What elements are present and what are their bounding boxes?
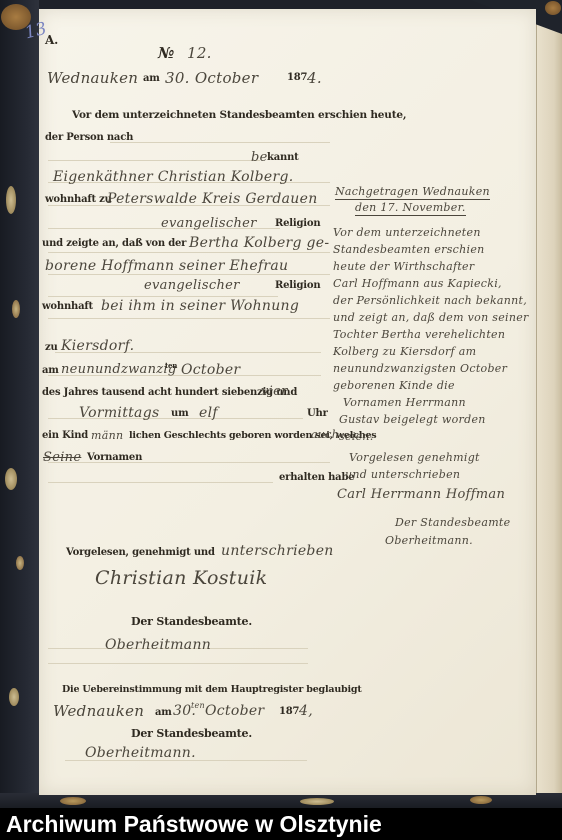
hw-declarant-name: Eigenkäthner Christian Kolberg. (53, 169, 294, 185)
printed-wohnhaft: wohnhaft (42, 301, 93, 312)
margin-note-line: geborenen Kinde die (333, 379, 455, 392)
hw-cert-place: Wednauken (53, 702, 144, 720)
printed-erhalten-habe: erhalten habe (279, 472, 354, 483)
printed-ein-kind: ein Kind (42, 430, 88, 441)
ruled-line (48, 274, 330, 275)
worn-spot (470, 796, 492, 804)
printed-year-187: 187 (287, 72, 307, 83)
printed-am: am (143, 73, 160, 84)
date-place-handwritten: Wednauken (47, 69, 138, 87)
margin-note-line: Tochter Bertha verehelichten (333, 328, 505, 341)
margin-note-line: und zeigt an, daß dem von seiner (333, 311, 529, 324)
ruled-line (48, 296, 278, 297)
printed-wohnhaft-zu: wohnhaft zu (45, 194, 112, 205)
printed-am-birth: am (42, 365, 59, 376)
printed-religion-1: Religion (275, 218, 320, 229)
printed-religion-2: Religion (275, 280, 320, 291)
record-number-label: № (158, 44, 174, 62)
hw-cert-ten-sup: ten (191, 701, 205, 710)
form-letter-a: A. (45, 33, 58, 47)
hw-religion-1: evangelischer (161, 216, 257, 231)
hw-residence: Peterswalde Kreis Gerdauen (107, 191, 318, 207)
underlying-page-edge (536, 8, 562, 798)
margin-note-heading: Nachgetragen Wednauken (335, 185, 490, 200)
worn-spot (5, 468, 17, 490)
hw-birthplace: Kiersdorf. (61, 338, 134, 354)
ruled-line (48, 160, 260, 161)
margin-note-line: Vor dem unterzeichneten (333, 226, 481, 239)
printed-der-person-nach: der Person nach (45, 132, 133, 143)
printed-kannt: kannt (267, 152, 299, 163)
margin-note-line: Kolberg zu Kiersdorf am (333, 345, 476, 358)
hw-time-of-day: Vormittags (79, 405, 159, 421)
hw-year-word: vier. (261, 384, 291, 399)
printed-year-line: des Jahres tausend acht hundert siebenzi… (42, 387, 297, 398)
margin-note-line: neunundzwanzigsten October (333, 362, 507, 375)
hw-be: be (251, 150, 268, 165)
printed-vornamen: Vornamen (87, 452, 142, 463)
printed-standesbeamte-2: Der Standesbeamte. (131, 727, 252, 740)
margin-note-line: Vornamen Herrmann (343, 396, 466, 409)
worn-spot (12, 300, 20, 318)
hw-child-sex: männ (91, 429, 123, 442)
margin-note-line: Standesbeamten erschien (333, 243, 485, 256)
printed-uhr: Uhr (307, 408, 328, 419)
scanned-register-page: 13 A. № 12. Wednauken am 30. October 187… (0, 0, 562, 840)
margin-note-line: seien. (339, 430, 374, 443)
hw-mother-name: Bertha Kolberg ge- (189, 235, 329, 251)
worn-spot (16, 556, 24, 570)
hw-hour: elf (199, 405, 218, 421)
hw-official-signature-1: Oberheitmann (105, 637, 211, 653)
printed-cert-am: am (155, 707, 172, 718)
hw-cert-month: October (205, 703, 264, 719)
margin-note-line: Carl Hoffmann aus Kapiecki, (333, 277, 502, 290)
margin-note-line: Gustav beigelegt worden (339, 413, 486, 426)
printed-standesbeamte-1: Der Standesbeamte. (131, 615, 252, 628)
date-day-month-handwritten: 30. October (165, 69, 258, 87)
printed-anzeige: und zeigte an, daß von der (42, 238, 186, 249)
ruled-line (110, 142, 330, 143)
margin-note-line: der Persönlichkeit nach bekannt, (333, 294, 527, 307)
archive-caption-label: Archiwum Państwowe w Olsztynie (6, 811, 382, 838)
page-crease-line (536, 10, 537, 793)
hw-unterschrieben: unterschrieben (221, 543, 334, 559)
year-digit-handwritten: 4. (307, 69, 322, 87)
printed-vorgelesen: Vorgelesen, genehmigt und (66, 547, 215, 558)
archive-caption-bar: Archiwum Państwowe w Olsztynie (0, 808, 562, 840)
printed-intro-line: Vor dem unterzeichneten Standesbeamten e… (72, 109, 406, 121)
worn-spot (300, 798, 334, 805)
book-cover-left-edge (0, 0, 39, 808)
printed-cert-year-187: 187 (279, 706, 299, 717)
worn-spot (60, 797, 86, 805)
printed-um: um (171, 408, 188, 419)
margin-official-signature: Oberheitmann. (385, 534, 473, 547)
margin-signature-hoffman: Carl Herrmann Hoffman (337, 487, 505, 502)
hw-religion-2: evangelischer (144, 278, 240, 293)
worn-spot (9, 688, 19, 706)
hw-declarant-signature: Christian Kostuik (95, 567, 267, 589)
ruled-line (48, 663, 308, 664)
register-form-page: 13 A. № 12. Wednauken am 30. October 187… (39, 9, 536, 795)
printed-ten-superscript: ten (165, 361, 177, 370)
ruled-line (48, 482, 273, 483)
margin-note-line: und unterschrieben (345, 468, 460, 481)
margin-standesbeamte: Der Standesbeamte (395, 516, 510, 529)
worn-spot (545, 1, 561, 15)
worn-spot (6, 186, 16, 214)
ruled-line (48, 252, 330, 253)
margin-note-line: Vorgelesen genehmigt (349, 451, 480, 464)
hw-auch: auch (311, 428, 339, 441)
ruled-line (48, 318, 330, 319)
hw-wohnhaft-bei: bei ihm in seiner Wohnung (101, 298, 299, 314)
margin-note-heading-2: den 17. November. (355, 201, 466, 216)
hw-cert-year-digit: 4, (299, 703, 313, 719)
record-number-value: 12. (187, 44, 212, 62)
hw-struck-seine: Seine (43, 450, 81, 465)
hw-birth-month: October (181, 362, 240, 378)
hw-official-signature-2: Oberheitmann. (85, 745, 196, 761)
printed-zu: zu (45, 342, 58, 353)
hw-mother-name-2: borene Hoffmann seiner Ehefrau (45, 258, 288, 274)
printed-beglaubigt-line: Die Uebereinstimmung mit dem Hauptregist… (62, 684, 362, 695)
margin-note-line: heute der Wirthschafter (333, 260, 474, 273)
hw-birth-day: neunundzwanzig (61, 362, 177, 377)
